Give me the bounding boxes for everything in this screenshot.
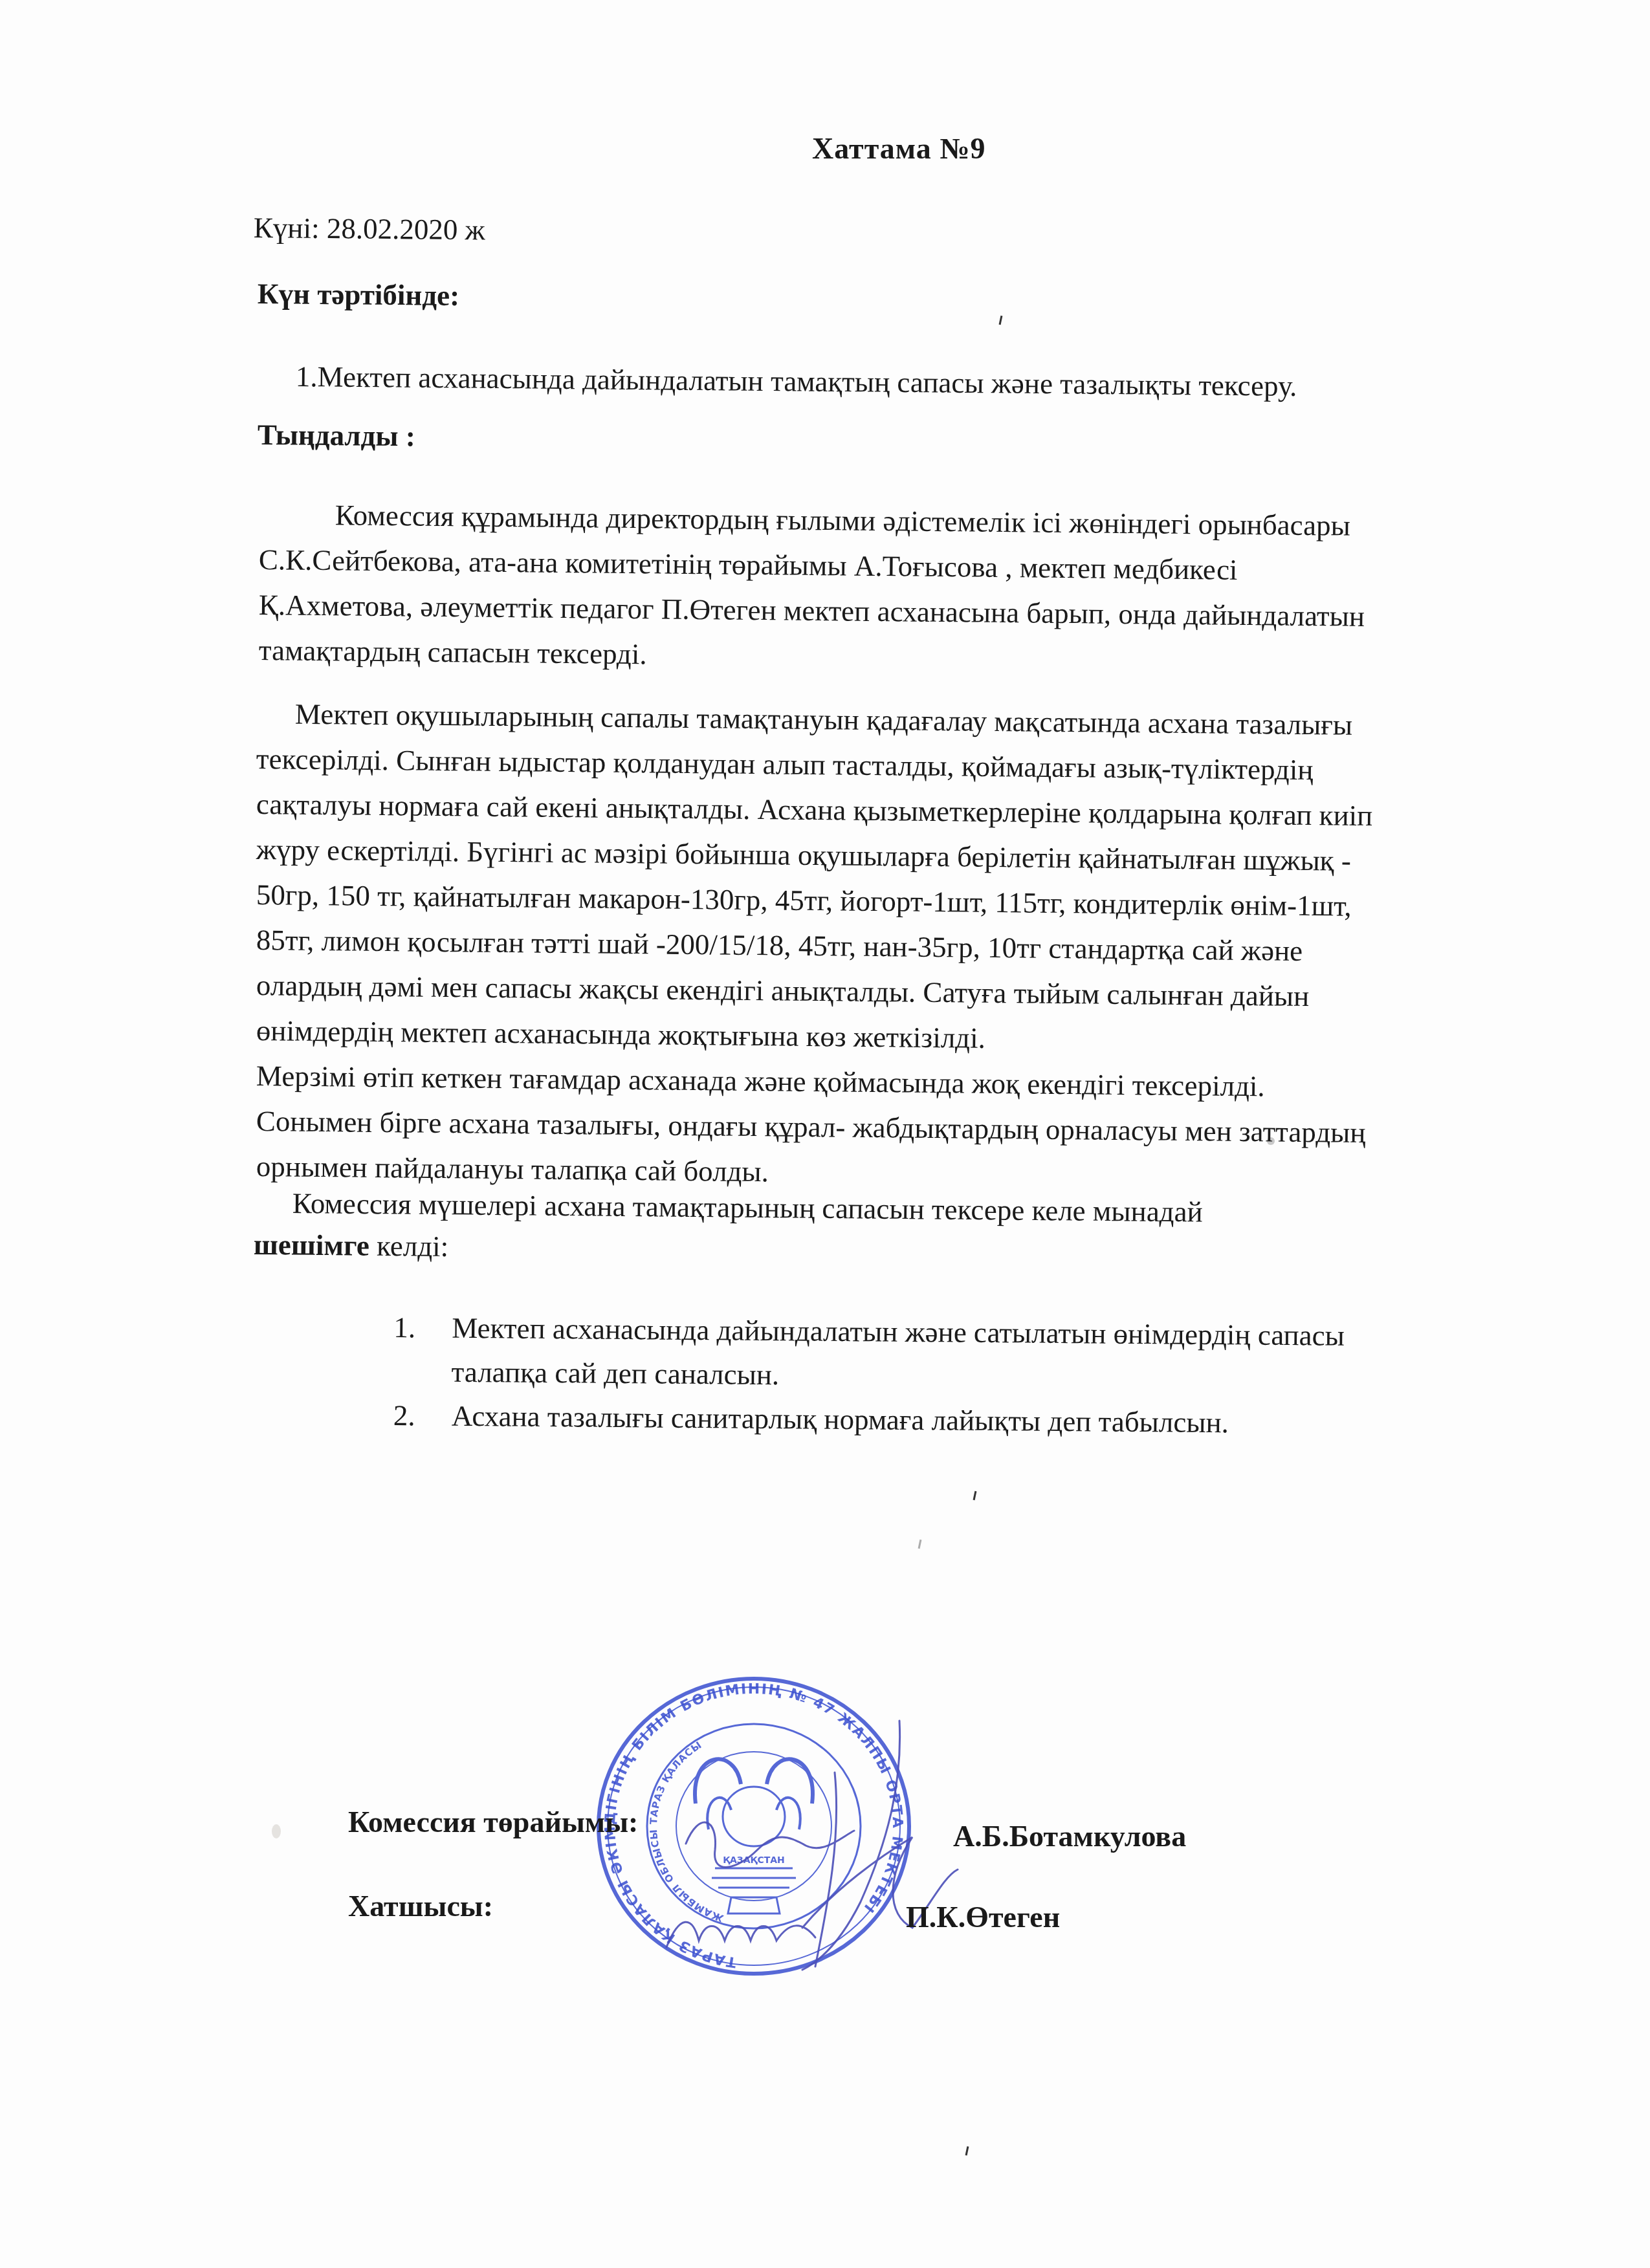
scan-mark <box>918 1540 922 1549</box>
agenda-heading: Күн тәртібінде: <box>258 279 459 311</box>
scan-mark <box>973 1491 977 1500</box>
decision-intro-second-line: шешімге келді: <box>254 1230 449 1261</box>
heard-paragraph-2: Мектеп оқушыларының сапалы тамақтануын қ… <box>256 691 1372 1189</box>
secretary-role-label: Хатшысы: <box>348 1889 493 1923</box>
scanned-document-page: Хаттама №9 Күні: 28.02.2020 ж Күн тәртіб… <box>0 0 1650 2268</box>
document-title: Хаттама №9 <box>812 131 986 166</box>
scan-mark <box>965 2146 969 2155</box>
agenda-item: 1.Мектеп асханасында дайындалатын тамақт… <box>296 362 1297 401</box>
decision-list: 1. Мектеп асханасында дайындалатын және … <box>393 1305 1345 1437</box>
decision-intro-rest: келді: <box>369 1230 449 1263</box>
decision-text: Асхана тазалығы санитарлық нормаға лайық… <box>452 1394 1345 1446</box>
document-date: Күні: 28.02.2020 ж <box>254 213 485 245</box>
decision-text: Мектеп асханасында дайындалатын және сат… <box>452 1306 1345 1358</box>
handwritten-signature-icon <box>608 1708 971 1979</box>
decision-keyword: шешімге <box>254 1228 369 1262</box>
chair-role-label: Комессия төрайымы: <box>348 1805 638 1839</box>
decision-number: 2. <box>393 1393 415 1437</box>
decision-text-continued: талапқа сай деп саналсын. <box>451 1350 1344 1402</box>
secretary-name: П.К.Өтеген <box>906 1900 1060 1934</box>
scan-mark <box>999 316 1003 325</box>
decision-item: 2. Асхана тазалығы санитарлық нормаға ла… <box>393 1393 1345 1446</box>
chair-name: А.Б.Ботамкулова <box>953 1819 1186 1853</box>
decision-item: 1. Мектеп асханасында дайындалатын және … <box>393 1305 1345 1402</box>
heard-heading: Тыңдалды : <box>258 420 415 451</box>
scan-speck <box>272 1824 281 1838</box>
decision-number: 1. <box>393 1305 415 1349</box>
decision-intro: Комессия мүшелері асхана тамақтарының са… <box>292 1189 1203 1227</box>
heard-paragraph-1: Комессия құрамында директордың ғылыми әд… <box>259 492 1365 673</box>
